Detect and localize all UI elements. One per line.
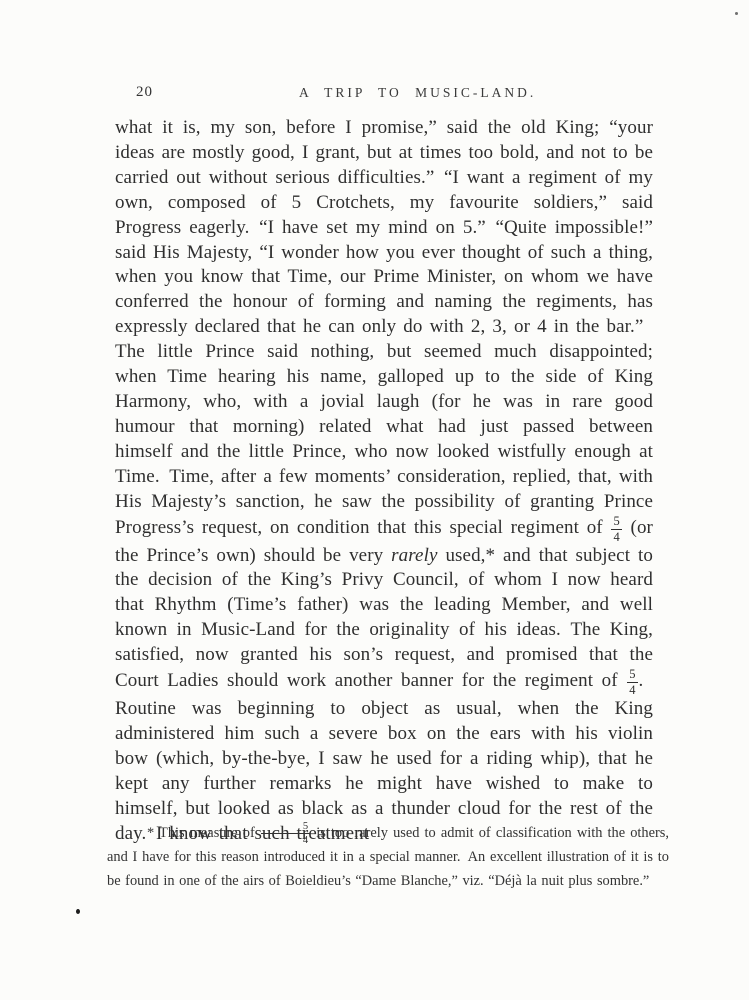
time-signature-fraction: 54 xyxy=(261,821,310,846)
page-number: 20 xyxy=(136,84,153,101)
fraction-denominator: 4 xyxy=(261,834,310,846)
fraction-numerator: 5 xyxy=(261,821,310,834)
fraction-denominator: 4 xyxy=(627,683,637,697)
time-signature-fraction: 54 xyxy=(627,668,637,697)
running-head-title: A TRIP TO MUSIC-LAND. xyxy=(299,85,536,101)
time-signature-fraction: 54 xyxy=(611,515,621,544)
book-page: 20 A TRIP TO MUSIC-LAND. what it is, my … xyxy=(0,0,749,1000)
fraction-numerator: 5 xyxy=(611,515,621,530)
footnote: * This measure of 54 is too rarely used … xyxy=(107,821,669,894)
fraction-numerator: 5 xyxy=(627,668,637,683)
italic-word: rarely xyxy=(391,545,437,566)
ink-speck-artifact xyxy=(735,12,738,15)
ink-dot-artifact xyxy=(76,909,80,914)
body-paragraph: what it is, my son, before I promise,” s… xyxy=(115,116,653,846)
fraction-denominator: 4 xyxy=(611,530,621,544)
